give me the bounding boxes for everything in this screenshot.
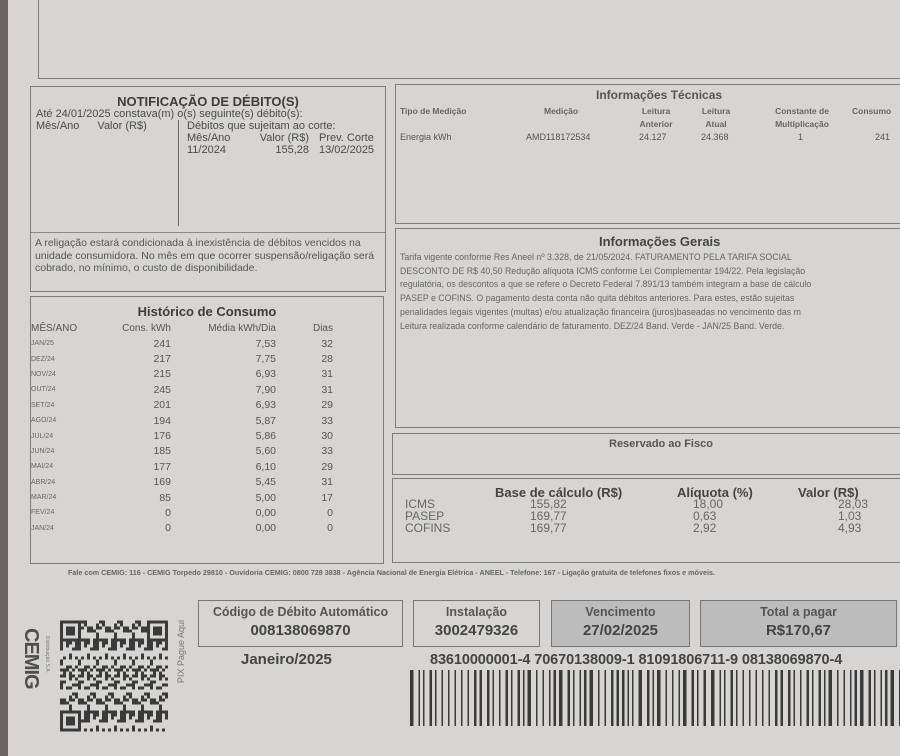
avg-cell: 5,45 [171,475,276,490]
reconnection-notice: A religação estará condicionada à inexis… [35,237,380,275]
kwh-cell: 176 [113,428,171,443]
installation-box: Instalação 3002479326 [413,600,540,647]
cutoff-headers: Mês/Ano Valor (R$) Prev. Corte [187,132,374,144]
kwh-cell: 201 [113,398,171,413]
col-days: Dias [276,321,333,336]
days-cell: 32 [276,336,333,351]
measurement-type: Energia kWh [400,132,452,142]
general-info-line: regulatória, os descontos a que se refer… [400,278,900,292]
table-row: NOV/242156,9331 [31,367,333,382]
auto-debit-value: 008138069870 [199,622,402,639]
kwh-cell: 215 [113,367,171,382]
table-row: SET/242016,9329 [31,398,333,413]
payment-barcode[interactable] [410,670,900,726]
tax-value: 4,93 [838,522,861,534]
cutoff-month: 11/2024 [187,144,247,156]
col-avg: Média kWh/Dia [171,321,276,336]
column-divider [178,120,179,226]
days-cell: 29 [276,398,333,413]
month-cell: JAN/24 [31,521,113,536]
month-cell: MAR/24 [31,490,113,505]
days-cell: 17 [276,490,333,505]
current-reading: 24.368 [701,132,729,142]
cutoff-row: 11/2024 155,28 13/02/2025 [187,144,374,156]
general-info-text: Tarifa vigente conforme Res Aneel nº 3.3… [400,251,900,333]
table-row: FEV/2400,000 [31,505,333,520]
table-row: OUT/242457,9031 [31,382,333,397]
col-month: MÊS/ANO [31,321,113,336]
cutoff-title: Débitos que sujeitam ao corte: [187,120,374,132]
due-date-label: Vencimento [552,605,689,619]
days-cell: 31 [276,382,333,397]
tax-reserved-title: Reservado ao Fisco [609,438,713,450]
avg-cell: 7,90 [171,382,276,397]
installation-value: 3002479326 [414,622,539,639]
kwh-cell: 185 [113,444,171,459]
total-due-box: Total a pagar R$170,67 [700,600,897,647]
table-row: JAN/252417,5332 [31,336,333,351]
kwh-cell: 241 [113,336,171,351]
avg-cell: 6,10 [171,459,276,474]
header-previous-reading: Leitura Anterior [634,105,678,131]
total-due-value: R$170,67 [701,622,896,639]
pix-label: PIX Pague Aqui [176,620,186,683]
payment-digitable-line[interactable]: 83610000001-4 70670138009-1 81091806711-… [430,652,842,668]
table-row: DEZ/242177,7528 [31,351,333,366]
table-row: JUL/241765,8630 [31,428,333,443]
cutoff-debts: Débitos que sujeitam ao corte: Mês/Ano V… [187,120,374,156]
cutoff-header-value: Valor (R$) [247,132,309,144]
table-row: ABR/241695,4531 [31,475,333,490]
due-date-value: 27/02/2025 [552,622,689,639]
general-info-line: Tarifa vigente conforme Res Aneel nº 3.3… [400,251,900,265]
days-cell: 33 [276,413,333,428]
table-row: MAI/241776,1029 [31,459,333,474]
kwh-cell: 0 [113,505,171,520]
month-cell: JUN/24 [31,444,113,459]
consumption-history-title: Histórico de Consumo [31,304,383,319]
page-edge-shadow [0,0,8,756]
month-cell: JUL/24 [31,428,113,443]
avg-cell: 6,93 [171,367,276,382]
cutoff-value: 155,28 [247,144,309,156]
cemig-logo: CEMIG [19,628,42,689]
tax-rate: 2,92 [693,522,716,534]
debt-left-headers: Mês/AnoValor (R$) [36,120,165,132]
table-header-row: MÊS/ANO Cons. kWh Média kWh/Dia Dias [31,321,333,336]
technical-info-panel: Informações Técnicas Tipo de Medição Med… [395,84,900,224]
days-cell: 28 [276,351,333,366]
kwh-cell: 0 [113,521,171,536]
table-row: JAN/2400,000 [31,521,333,536]
auto-debit-label: Código de Débito Automático [199,605,402,619]
previous-reading: 24.127 [639,132,667,142]
meter-id: AMD118172534 [526,132,590,142]
kwh-cell: 245 [113,382,171,397]
month-cell: OUT/24 [31,382,113,397]
total-due-label: Total a pagar [701,605,896,619]
cemig-logo-subtitle: Distribuição S.A. [44,636,50,673]
kwh-cell: 85 [113,490,171,505]
general-info-line: DESCONTO DE R$ 40,50 Redução alíquota IC… [400,265,900,279]
avg-cell: 0,00 [171,505,276,520]
technical-info-title: Informações Técnicas [596,88,722,102]
table-row: MAR/24855,0017 [31,490,333,505]
avg-cell: 5,60 [171,444,276,459]
col-kwh: Cons. kWh [113,321,171,336]
month-cell: AGO/24 [31,413,113,428]
avg-cell: 7,53 [171,336,276,351]
header-meter: Medição [544,105,578,118]
avg-cell: 6,93 [171,398,276,413]
header-current-reading: Leitura Atual [696,105,736,131]
general-info-title: Informações Gerais [599,234,720,249]
header-measurement-type: Tipo de Medição [400,105,466,118]
debt-notification-title: NOTIFICAÇÃO DE DÉBITO(S) [31,94,385,109]
month-cell: MAI/24 [31,459,113,474]
tax-name: COFINS [405,522,450,534]
tax-reserved-panel: Reservado ao Fisco [392,433,900,475]
table-row: AGO/241945,8733 [31,413,333,428]
avg-cell: 7,75 [171,351,276,366]
debt-notification-intro: Até 24/01/2025 constava(m) o(s) seguinte… [36,108,303,120]
auto-debit-code-box: Código de Débito Automático 008138069870 [198,600,403,647]
kwh-cell: 177 [113,459,171,474]
avg-cell: 5,87 [171,413,276,428]
consumption-history-table: MÊS/ANO Cons. kWh Média kWh/Dia Dias JAN… [31,321,333,536]
divider [31,232,385,233]
avg-cell: 5,86 [171,428,276,443]
billing-month: Janeiro/2025 [241,651,332,668]
header-multiplier: Constante de Multiplicação [756,105,848,131]
cutoff-header-date: Prev. Corte [319,132,374,144]
cutoff-header-month: Mês/Ano [187,132,247,144]
kwh-cell: 217 [113,351,171,366]
header-value: Valor (R$) [97,120,146,132]
days-cell: 33 [276,444,333,459]
installation-label: Instalação [414,605,539,619]
general-info-line: PASEP e COFINS. O pagamento desta conta … [400,292,900,306]
avg-cell: 0,00 [171,521,276,536]
header-month-year: Mês/Ano [36,120,79,132]
header-consumption: Consumo [852,105,891,118]
days-cell: 30 [276,428,333,443]
month-cell: FEV/24 [31,505,113,520]
consumption: 241 [875,132,890,142]
due-date-box: Vencimento 27/02/2025 [551,600,690,647]
top-empty-box [38,0,900,79]
general-info-panel: Informações Gerais Tarifa vigente confor… [395,228,900,428]
contact-footer: Fale com CEMIG: 116 - CEMIG Torpedo 2981… [68,568,715,577]
days-cell: 0 [276,505,333,520]
kwh-cell: 169 [113,475,171,490]
taxes-panel: Base de cálculo (R$) Alíquota (%) Valor … [392,478,900,563]
debt-notification-panel: NOTIFICAÇÃO DE DÉBITO(S) Até 24/01/2025 … [30,86,386,292]
multiplier: 1 [798,132,803,142]
days-cell: 31 [276,367,333,382]
pix-qr-code[interactable] [60,620,168,732]
days-cell: 0 [276,521,333,536]
days-cell: 29 [276,459,333,474]
days-cell: 31 [276,475,333,490]
consumption-history-panel: Histórico de Consumo MÊS/ANO Cons. kWh M… [30,296,384,564]
table-row: JUN/241855,6033 [31,444,333,459]
general-info-line: penalidades legais vigentes (multas) e/o… [400,306,900,320]
month-cell: SET/24 [31,398,113,413]
general-info-line: Leitura realizada conforme calendário de… [400,320,900,334]
avg-cell: 5,00 [171,490,276,505]
cutoff-date: 13/02/2025 [319,144,374,156]
month-cell: ABR/24 [31,475,113,490]
month-cell: DEZ/24 [31,351,113,366]
kwh-cell: 194 [113,413,171,428]
tax-base: 169,77 [530,522,567,534]
month-cell: JAN/25 [31,336,113,351]
month-cell: NOV/24 [31,367,113,382]
